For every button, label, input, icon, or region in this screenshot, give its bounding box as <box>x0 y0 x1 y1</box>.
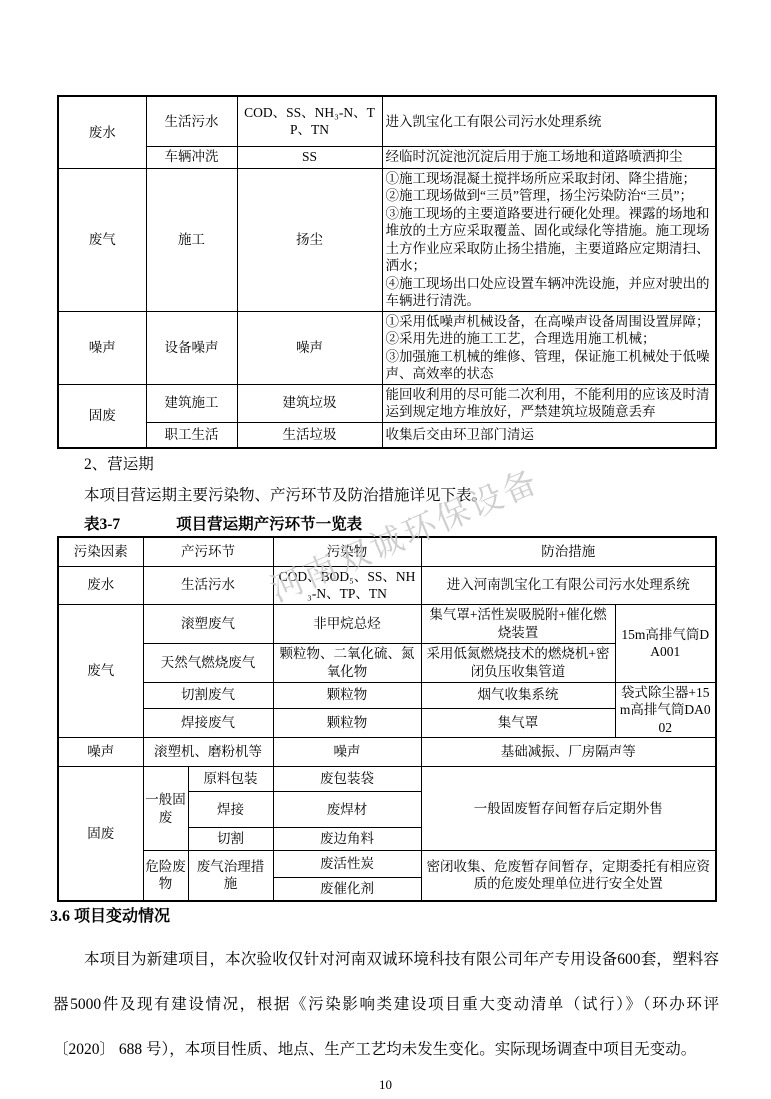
table-caption-title: 项目营运期产污环节一览表 <box>176 516 362 533</box>
t2-wastewater-stage-cell: 生活污水 <box>143 566 273 604</box>
table-row: 废气 施工 扬尘 ①施工现场混凝土搅拌场所应采取封闭、降尘措施； ②施工现场做到… <box>58 168 716 311</box>
t1-wastewater-measure-cell: 进入凯宝化工有限公司污水处理系统 <box>382 96 716 146</box>
t2-header-factor: 污染因素 <box>58 537 143 566</box>
t2-solid-general-cell: 一般固废 <box>143 767 188 851</box>
t2-gas3-stage-cell: 切割废气 <box>143 682 273 708</box>
t2-solid-g2-stage-cell: 焊接 <box>188 792 273 828</box>
t2-gas2-stage-cell: 天然气燃烧废气 <box>143 643 273 682</box>
measure-line: ②施工现场做到“三员”管理，扬尘污染防治“三员”； <box>386 187 713 205</box>
t2-gas3-measure-cell: 烟气收集系统 <box>421 682 615 708</box>
t2-noise-measure-cell: 基础减振、厂房隔声等 <box>421 738 716 767</box>
t2-solid-g1-stage-cell: 原料包装 <box>188 767 273 792</box>
t2-solid-category-cell: 固废 <box>58 767 143 901</box>
t1-solid2-measure-cell: 收集后交由环卫部门清运 <box>382 422 716 448</box>
t1-solid2-pollutant-cell: 生活垃圾 <box>237 422 382 448</box>
t1-noise-pollutant-cell: 噪声 <box>237 311 382 384</box>
table-row: 废水 生活污水 COD、SS、NH₃-N、TP、TN 进入凯宝化工有限公司污水处… <box>58 96 716 146</box>
table-row: 噪声 设备噪声 噪声 ①采用低噪声机械设备，在高噪声设备周围设置屏障； ②采用先… <box>58 311 716 384</box>
t2-gas1-stage-cell: 滚塑废气 <box>143 604 273 643</box>
t2-gas1-pollutant-cell: 非甲烷总烃 <box>273 604 421 643</box>
table-row: 危险废物 废气治理措施 废活性炭 密闭收集、危废暂存间暂存，定期委托有相应资质的… <box>58 851 716 878</box>
t1-gas-category-cell: 废气 <box>58 168 146 311</box>
table-row: 车辆冲洗 SS 经临时沉淀池沉淀后用于施工场地和道路喷洒抑尘 <box>58 146 716 168</box>
table-caption-label: 表3-7 <box>84 512 120 534</box>
t2-noise-category-cell: 噪声 <box>58 738 143 767</box>
t2-solid-hazard-stage-cell: 废气治理措施 <box>188 851 273 901</box>
t2-noise-pollutant-cell: 噪声 <box>273 738 421 767</box>
t1-solid1-pollutant-cell: 建筑垃圾 <box>237 384 382 422</box>
table-row: 固废 一般固废 原料包装 废包装袋 一般固废暂存间暂存后定期外售 <box>58 767 716 792</box>
t1-solid2-stage-cell: 职工生活 <box>146 422 237 448</box>
section-3-6-paragraph: 本项目为新建项目，本次验收仅针对河南双诚环境科技有限公司年产专用设备600套，塑… <box>53 937 719 1072</box>
t2-header-pollutant: 污染物 <box>273 537 421 566</box>
table-row: 废水 生活污水 COD、BOD₅、SS、NH₃-N、TP、TN 进入河南凯宝化工… <box>58 566 716 604</box>
t2-noise-stage-cell: 滚塑机、磨粉机等 <box>143 738 273 767</box>
measure-line: ④施工现场出口处应设置车辆冲洗设施，并应对驶出的车辆进行清洗。 <box>386 275 713 310</box>
t2-stack-da002-cell: 袋式除尘器+15m高排气筒DA002 <box>615 682 716 738</box>
measure-line: ②采用先进的施工工艺，合理选用施工机械； <box>386 330 713 348</box>
operation-period-heading: 2、营运期 <box>84 452 154 474</box>
t2-solid-h2-waste-cell: 废催化剂 <box>273 878 421 901</box>
page-number: 10 <box>0 1077 771 1093</box>
operation-period-intro: 本项目营运期主要污染物、产污环节及防治措施详见下表。 <box>84 483 487 505</box>
t1-wastewater-category-cell: 废水 <box>58 96 146 168</box>
t2-solid-g3-waste-cell: 废边角料 <box>273 828 421 851</box>
t1-carwash-pollutant-cell: SS <box>237 146 382 168</box>
t2-gas2-pollutant-cell: 颗粒物、二氧化硫、氮氧化物 <box>273 643 421 682</box>
table-row: 废气 滚塑废气 非甲烷总烃 集气罩+活性炭吸脱附+催化燃烧装置 15m高排气筒D… <box>58 604 716 643</box>
measure-line: ①采用低噪声机械设备，在高噪声设备周围设置屏障； <box>386 313 713 331</box>
t2-gas3-pollutant-cell: 颗粒物 <box>273 682 421 708</box>
table-row: 固废 建筑施工 建筑垃圾 能回收利用的尽可能二次利用，不能利用的应该及时清运到规… <box>58 384 716 422</box>
t2-wastewater-measure-cell: 进入河南凯宝化工有限公司污水处理系统 <box>421 566 716 604</box>
t2-solid-g2-waste-cell: 废焊材 <box>273 792 421 828</box>
t2-gas4-pollutant-cell: 颗粒物 <box>273 708 421 737</box>
t2-gas4-measure-cell: 集气罩 <box>421 708 615 737</box>
t2-gas2-measure-cell: 采用低氮燃烧技术的燃烧机+密闭负压收集管道 <box>421 643 615 682</box>
t1-noise-measure-cell: ①采用低噪声机械设备，在高噪声设备周围设置屏障； ②采用先进的施工工艺，合理选用… <box>382 311 716 384</box>
measure-line: ①施工现场混凝土搅拌场所应采取封闭、降尘措施； <box>386 170 713 188</box>
t2-gas4-stage-cell: 焊接废气 <box>143 708 273 737</box>
t1-solid-category-cell: 固废 <box>58 384 146 448</box>
measure-line: ③施工现场的主要道路要进行硬化处理。裸露的场地和堆放的土方应采取覆盖、固化或绿化… <box>386 205 713 275</box>
t2-solid-g1-waste-cell: 废包装袋 <box>273 767 421 792</box>
table-row: 切割废气 颗粒物 烟气收集系统 袋式除尘器+15m高排气筒DA002 <box>58 682 716 708</box>
t2-wastewater-category-cell: 废水 <box>58 566 143 604</box>
t2-wastewater-pollutant-cell: COD、BOD₅、SS、NH₃-N、TP、TN <box>273 566 421 604</box>
t2-solid-hazard-cell: 危险废物 <box>143 851 188 901</box>
t1-noise-stage-cell: 设备噪声 <box>146 311 237 384</box>
t1-solid1-stage-cell: 建筑施工 <box>146 384 237 422</box>
t2-header-measure: 防治措施 <box>421 537 716 566</box>
t1-solid1-measure-cell: 能回收利用的尽可能二次利用，不能利用的应该及时清运到规定地方堆放好，严禁建筑垃圾… <box>382 384 716 422</box>
operation-pollution-table: 污染因素 产污环节 污染物 防治措施 废水 生活污水 COD、BOD₅、SS、N… <box>57 536 717 902</box>
construction-pollution-table: 废水 生活污水 COD、SS、NH₃-N、TP、TN 进入凯宝化工有限公司污水处… <box>57 95 717 449</box>
t1-carwash-stage-cell: 车辆冲洗 <box>146 146 237 168</box>
t1-noise-category-cell: 噪声 <box>58 311 146 384</box>
t1-wastewater-stage-cell: 生活污水 <box>146 96 237 146</box>
t1-gas-measure-cell: ①施工现场混凝土搅拌场所应采取封闭、降尘措施； ②施工现场做到“三员”管理，扬尘… <box>382 168 716 311</box>
t2-solid-h1-waste-cell: 废活性炭 <box>273 851 421 878</box>
t2-header-stage: 产污环节 <box>143 537 273 566</box>
t1-wastewater-pollutant-cell: COD、SS、NH₃-N、TP、TN <box>237 96 382 146</box>
t1-gas-stage-cell: 施工 <box>146 168 237 311</box>
t2-solid-general-measure-cell: 一般固废暂存间暂存后定期外售 <box>421 767 716 851</box>
section-3-6-heading: 3.6 项目变动情况 <box>50 903 170 926</box>
table-row: 噪声 滚塑机、磨粉机等 噪声 基础减振、厂房隔声等 <box>58 738 716 767</box>
measure-line: ③加强施工机械的维修、管理，保证施工机械处于低噪声、高效率的状态 <box>386 348 713 383</box>
t2-solid-g3-stage-cell: 切割 <box>188 828 273 851</box>
t2-stack-da001-cell: 15m高排气筒DA001 <box>615 604 716 682</box>
table-caption: 表3-7项目营运期产污环节一览表 <box>84 512 362 534</box>
table-row: 职工生活 生活垃圾 收集后交由环卫部门清运 <box>58 422 716 448</box>
table-header-row: 污染因素 产污环节 污染物 防治措施 <box>58 537 716 566</box>
document-page: 河南双诚环保设备 废水 生活污水 COD、SS、NH₃-N、TP、TN 进入凯宝… <box>0 0 771 1099</box>
t1-gas-pollutant-cell: 扬尘 <box>237 168 382 311</box>
t1-carwash-measure-cell: 经临时沉淀池沉淀后用于施工场地和道路喷洒抑尘 <box>382 146 716 168</box>
t2-solid-hazard-measure-cell: 密闭收集、危废暂存间暂存，定期委托有相应资质的危废处理单位进行安全处置 <box>421 851 716 901</box>
t2-gas-category-cell: 废气 <box>58 604 143 738</box>
t2-gas1-measure-cell: 集气罩+活性炭吸脱附+催化燃烧装置 <box>421 604 615 643</box>
